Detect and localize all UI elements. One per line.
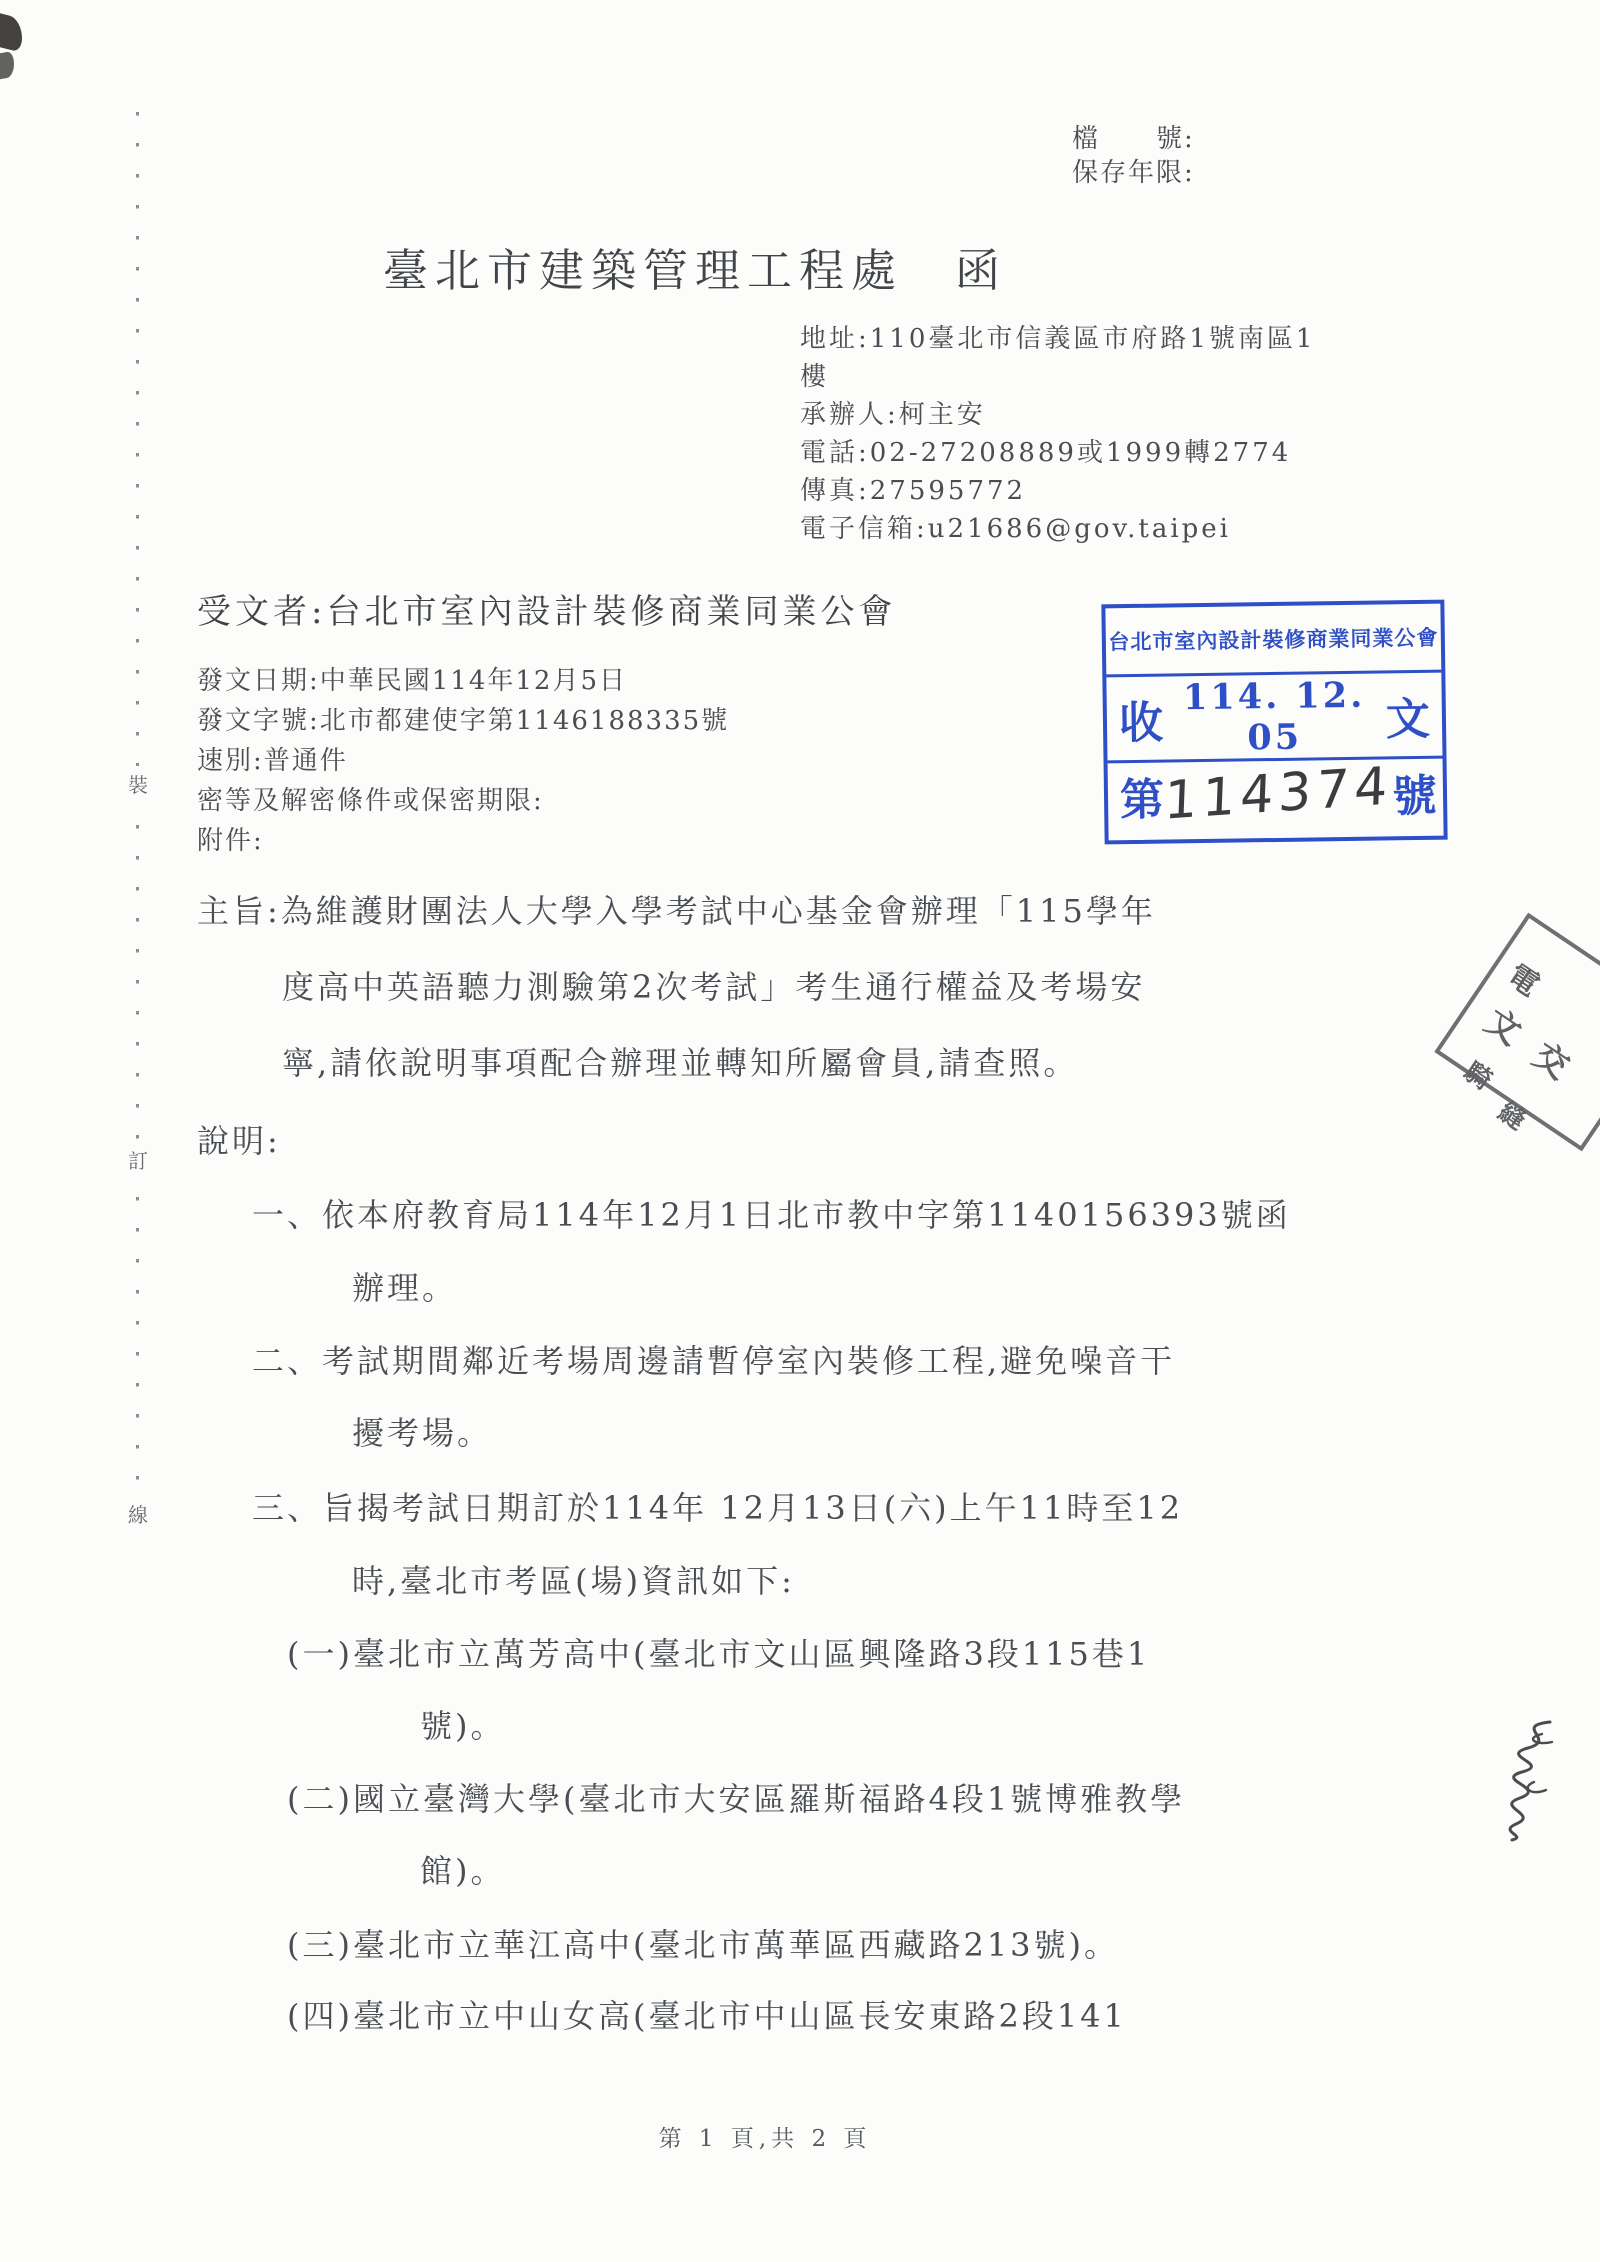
explanation-heading: 說明:: [197, 1116, 281, 1162]
stamp-doc-label: 文: [1385, 682, 1430, 747]
binding-char-xian: 線: [126, 1496, 150, 1531]
security-line: 密等及解密條件或保密期限:: [197, 780, 544, 817]
stamp-receive-label: 收: [1118, 686, 1163, 751]
binding-dotted-line: [136, 112, 139, 1520]
stamp-number-prefix: 第: [1120, 764, 1165, 829]
scanned-official-letter-page: 裝 訂 線 檔 號: 保存年限: 臺北市建築管理工程處 函 地址:110臺北市信…: [0, 0, 1600, 2262]
binding-char-zhuang: 裝: [126, 766, 150, 801]
venue-item2-line1: (二)國立臺灣大學(臺北市大安區羅斯福路4段1號博雅教學: [287, 1774, 1185, 1820]
seam-stamp: 電 文 交 騎 縫: [1448, 938, 1600, 1148]
binding-char-ding: 訂: [126, 1142, 150, 1177]
sender-fax: 傳真:27595772: [800, 470, 1026, 507]
venue-item2-line2: 館)。: [420, 1846, 506, 1892]
scan-smudge: [0, 13, 22, 52]
scribble-mark: [1462, 1712, 1567, 1847]
explanation-item3-line1: 三、旨揭考試日期訂於114年 12月13日(六)上午11時至12: [252, 1483, 1183, 1529]
stamp-org-name: 台北市室內設計裝修商業同業公會: [1105, 604, 1441, 678]
explanation-item2-line1: 二、考試期間鄰近考場周邊請暫停室內裝修工程,避免噪音干: [252, 1336, 1175, 1382]
recipient-line: 受文者:台北市室內設計裝修商業同業公會: [197, 584, 896, 633]
retention-period-label: 保存年限:: [1072, 152, 1195, 189]
sender-phone: 電話:02-27208889或1999轉2774: [800, 432, 1291, 469]
document-title: 臺北市建築管理工程處 函: [383, 234, 1007, 299]
explanation-item1-line2: 辦理。: [352, 1263, 457, 1309]
attachment-line: 附件:: [197, 820, 264, 857]
sender-address-cont: 樓: [800, 356, 829, 393]
venue-item4-line: (四)臺北市立中山女高(臺北市中山區長安東路2段141: [287, 1991, 1127, 2037]
file-number-label: 檔 號:: [1072, 118, 1195, 155]
explanation-item2-line2: 擾考場。: [352, 1408, 492, 1454]
sender-email: 電子信箱:u21686@gov.taipei: [800, 508, 1231, 545]
explanation-item1-line1: 一、依本府教育局114年12月1日北市教中字第1140156393號函: [252, 1190, 1291, 1236]
subject-line-2: 度高中英語聽力測驗第2次考試」考生通行權益及考場安: [282, 962, 1145, 1008]
venue-item1-line2: 號)。: [420, 1701, 506, 1747]
receipt-stamp: 台北市室內設計裝修商業同業公會 收 114. 12. 05 文 第 114374…: [1101, 600, 1447, 845]
issue-date-line: 發文日期:中華民國114年12月5日: [197, 660, 627, 697]
stamp-received-date: 114. 12. 05: [1162, 674, 1386, 759]
sender-address: 地址:110臺北市信義區市府路1號南區1: [800, 318, 1315, 355]
sender-contact-person: 承辦人:柯主安: [800, 394, 986, 431]
speed-line: 速別:普通件: [197, 740, 348, 777]
venue-item1-line1: (一)臺北市立萬芳高中(臺北市文山區興隆路3段115巷1: [287, 1629, 1150, 1675]
subject-line-3: 寧,請依說明事項配合辦理並轉知所屬會員,請查照。: [282, 1038, 1078, 1084]
stamp-number-suffix: 號: [1392, 760, 1437, 825]
explanation-item3-line2: 時,臺北市考區(場)資訊如下:: [352, 1556, 795, 1602]
venue-item3-line: (三)臺北市立華江高中(臺北市萬華區西藏路213號)。: [287, 1920, 1119, 1966]
subject-line-1: 主旨:為維護財團法人大學入學考試中心基金會辦理「115學年: [197, 886, 1156, 932]
doc-number-line: 發文字號:北市都建使字第1146188335號: [197, 700, 729, 737]
page-footer: 第 1 頁,共 2 頁: [530, 2120, 1000, 2153]
scan-smudge: [0, 51, 14, 79]
stamp-number-handwritten: 114374: [1163, 756, 1393, 831]
